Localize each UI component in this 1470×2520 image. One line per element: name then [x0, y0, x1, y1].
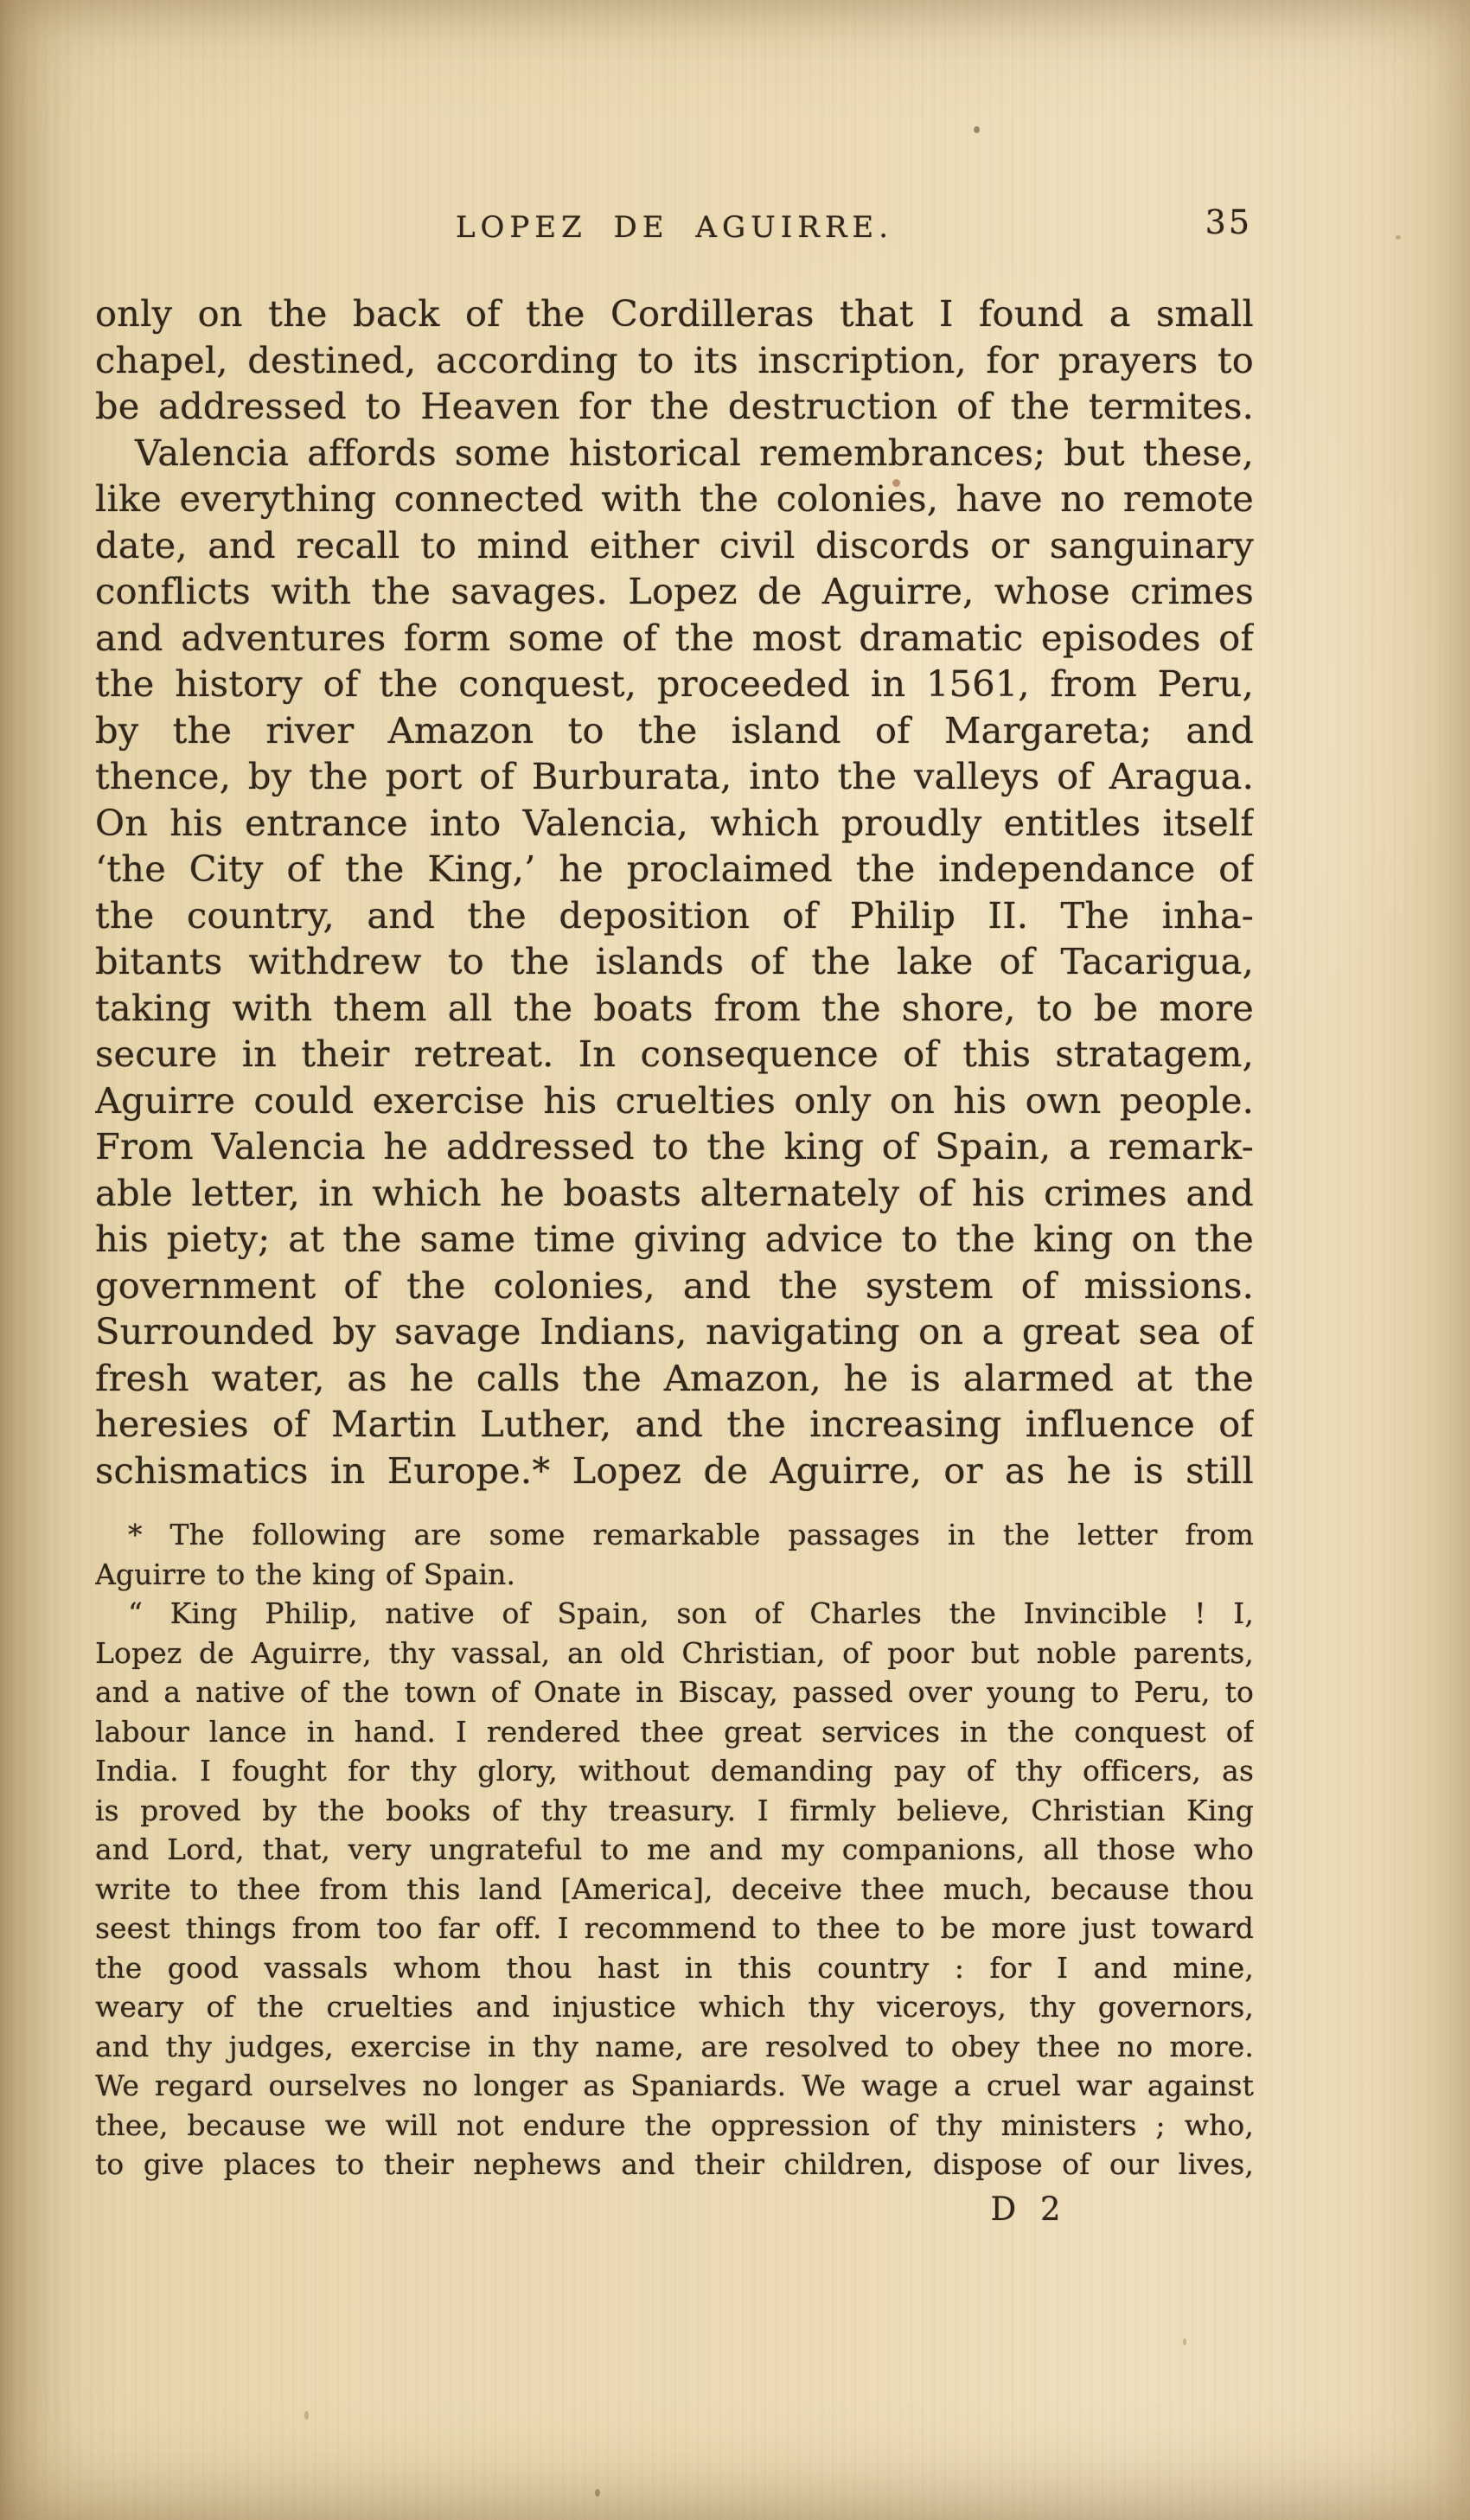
footnote-line: seest things from too far off. I recomme… [95, 1909, 1254, 1948]
main-text-line: by the river Amazon to the island of Mar… [95, 707, 1254, 754]
main-text-line: thence, by the port of Burburata, into t… [95, 753, 1254, 800]
main-text-line: date, and recall to mind either civil di… [95, 522, 1254, 569]
main-text-line: Valencia affords some historical remembr… [95, 430, 1254, 476]
main-text-line: only on the back of the Cordilleras that… [95, 291, 1254, 337]
footnote-line: the good vassals whom thou hast in this … [95, 1948, 1254, 1988]
main-text-line: secure in their retreat. In consequence … [95, 1031, 1254, 1078]
main-text-line: taking with them all the boats from the … [95, 985, 1254, 1032]
main-text-line: chapel, destined, according to its inscr… [95, 337, 1254, 384]
main-text-line: heresies of Martin Luther, and the incre… [95, 1401, 1254, 1448]
footnote-line: Lopez de Aguirre, thy vassal, an old Chr… [95, 1634, 1254, 1673]
footnote-line: weary of the cruelties and injustice whi… [95, 1987, 1254, 2027]
running-title: LOPEZ DE AGUIRRE. [456, 210, 893, 245]
footnote-line: * The following are some remarkable pass… [95, 1515, 1254, 1555]
main-text-line: the country, and the deposition of Phili… [95, 892, 1254, 939]
footnote-line: write to thee from this land [America], … [95, 1870, 1254, 1909]
footnote-line: India. I fought for thy glory, without d… [95, 1751, 1254, 1791]
main-text-line: On his entrance into Valencia, which pro… [95, 800, 1254, 847]
main-text-line: From Valencia he addressed to the king o… [95, 1123, 1254, 1170]
footnote-line: “ King Philip, native of Spain, son of C… [95, 1594, 1254, 1634]
main-text-line: able letter, in which he boasts alternat… [95, 1170, 1254, 1217]
main-text: only on the back of the Cordilleras that… [95, 291, 1254, 1493]
main-text-line: government of the colonies, and the syst… [95, 1263, 1254, 1309]
main-text-line: Surrounded by savage Indians, navigating… [95, 1308, 1254, 1355]
main-text-line: ‘the City of the King,’ he proclaimed th… [95, 846, 1254, 892]
footnote-line: to give places to their nephews and thei… [95, 2145, 1254, 2184]
footnote-line: and thy judges, exercise in thy name, ar… [95, 2027, 1254, 2067]
page-number: 35 [1205, 204, 1252, 240]
main-text-line: the history of the conquest, proceeded i… [95, 661, 1254, 707]
footnote-line: and Lord, that, very ungrateful to me an… [95, 1830, 1254, 1870]
main-text-line: and adventures form some of the most dra… [95, 615, 1254, 662]
main-text-line: be addressed to Heaven for the destructi… [95, 383, 1254, 430]
footnote: * The following are some remarkable pass… [95, 1515, 1254, 2184]
signature-mark: D 2 [899, 2190, 1159, 2229]
main-text-line: schismatics in Europe.* Lopez de Aguirre… [95, 1448, 1254, 1494]
book-page-scan: LOPEZ DE AGUIRRE. 35 only on the back of… [0, 0, 1470, 2520]
main-text-line: Aguirre could exercise his cruelties onl… [95, 1078, 1254, 1124]
footnote-line: We regard ourselves no longer as Spaniar… [95, 2066, 1254, 2106]
main-text-line: fresh water, as he calls the Amazon, he … [95, 1355, 1254, 1402]
main-text-line: conflicts with the savages. Lopez de Agu… [95, 568, 1254, 615]
footnote-line: labour lance in hand. I rendered thee gr… [95, 1712, 1254, 1752]
footnote-line: is proved by the books of thy treasury. … [95, 1791, 1254, 1831]
footnote-line: thee, because we will not endure the opp… [95, 2106, 1254, 2146]
paper-speck [1396, 235, 1401, 240]
text-block: LOPEZ DE AGUIRRE. 35 only on the back of… [95, 0, 1254, 2520]
main-text-line: bitants withdrew to the islands of the l… [95, 938, 1254, 985]
footnote-line: and a native of the town of Onate in Bis… [95, 1673, 1254, 1712]
running-head: LOPEZ DE AGUIRRE. 35 [95, 209, 1254, 246]
main-text-line: his piety; at the same time giving advic… [95, 1216, 1254, 1263]
footnote-line: Aguirre to the king of Spain. [95, 1555, 1254, 1595]
main-text-line: like everything connected with the colon… [95, 476, 1254, 522]
